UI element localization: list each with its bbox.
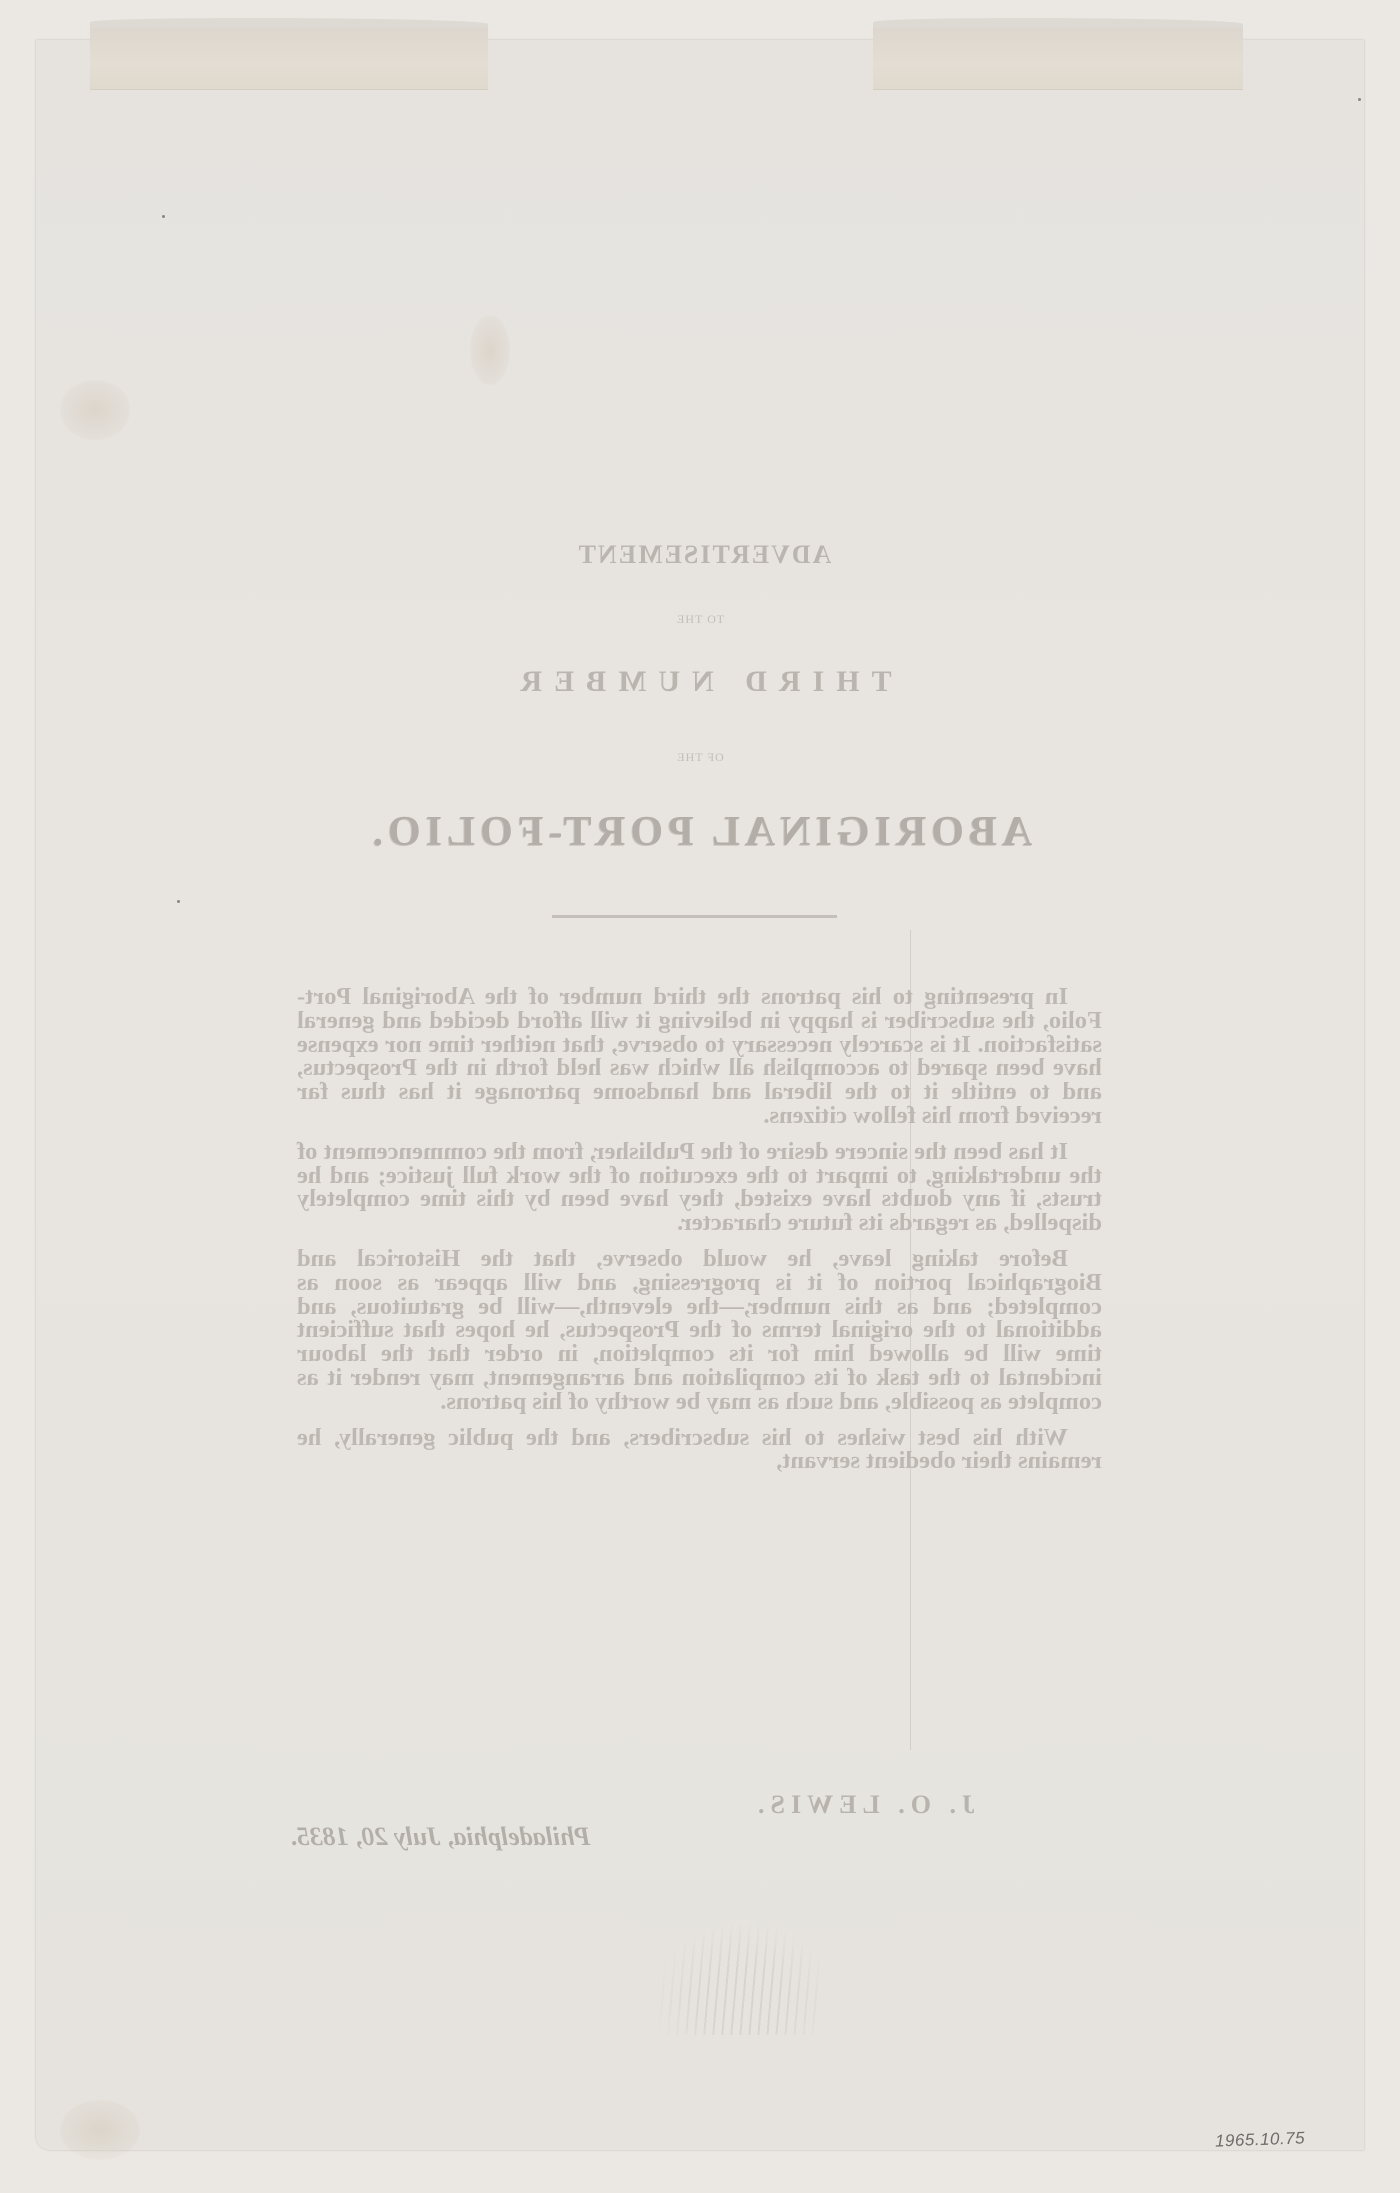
speck: [162, 215, 165, 218]
ink-smudge: [650, 1920, 820, 2035]
hinge-tape-left: [90, 26, 488, 90]
speck: [177, 900, 180, 903]
foxing-stain: [60, 380, 130, 440]
paper-sheet: [36, 40, 1364, 2150]
foxing-stain: [470, 315, 510, 385]
crease-line: [910, 930, 911, 1750]
speck: [1358, 98, 1361, 101]
hinge-tape-right: [873, 26, 1243, 90]
catalog-number: 1965.10.75: [1215, 2128, 1306, 2151]
foxing-stain: [60, 2100, 140, 2160]
